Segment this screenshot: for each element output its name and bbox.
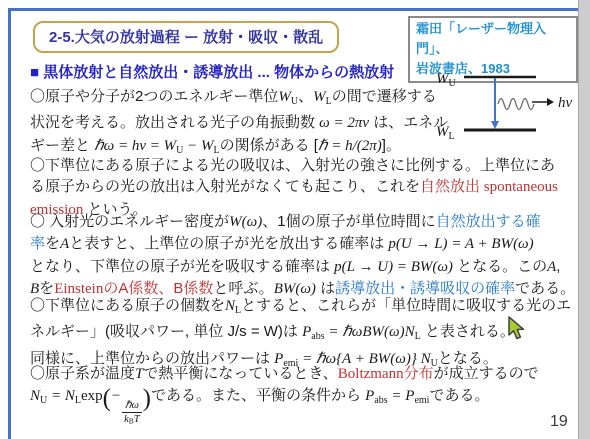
reference-line-1: 霜田「レーザー物理入門」、	[416, 19, 570, 59]
section-heading: ■ 黒体放射と自然放出・誘導放出 ... 物体からの熱放射	[30, 61, 394, 82]
energy-level-diagram: WU WL hν	[428, 60, 580, 140]
page-number: 19	[550, 413, 568, 431]
upper-level-label: WU	[436, 71, 457, 89]
photon-arrowhead	[547, 98, 554, 106]
left-accent-line	[8, 8, 11, 439]
paragraph-boltzmann: 〇原子系が温度Tで熱平衡になっているとき、Boltzmann分布が成立するのでN…	[30, 363, 539, 427]
slide-title: 2-5.大気の放射過程 ー 放射・吸収・散乱	[49, 29, 323, 46]
photon-label: hν	[558, 95, 573, 111]
transition-arrowhead	[491, 121, 499, 129]
top-accent-line	[8, 8, 578, 11]
photon-wave-icon	[498, 99, 534, 110]
lower-level-label: WL	[436, 124, 455, 140]
slide-title-box: 2-5.大気の放射過程 ー 放射・吸収・散乱	[33, 21, 339, 53]
mouse-cursor-icon	[507, 316, 527, 342]
paragraph-transition: 〇原子や分子が2つのエネルギー準位WU、WLの間で遷移する状況を考える。放出され…	[30, 86, 448, 161]
slide-canvas: 2-5.大気の放射過程 ー 放射・吸収・散乱 霜田「レーザー物理入門」、 岩波書…	[0, 0, 590, 439]
paragraph-einstein-coefficients: 〇 入射光のエネルギー密度がW(ω)、1個の原子が単位時間に自然放出する確率をA…	[30, 211, 575, 301]
